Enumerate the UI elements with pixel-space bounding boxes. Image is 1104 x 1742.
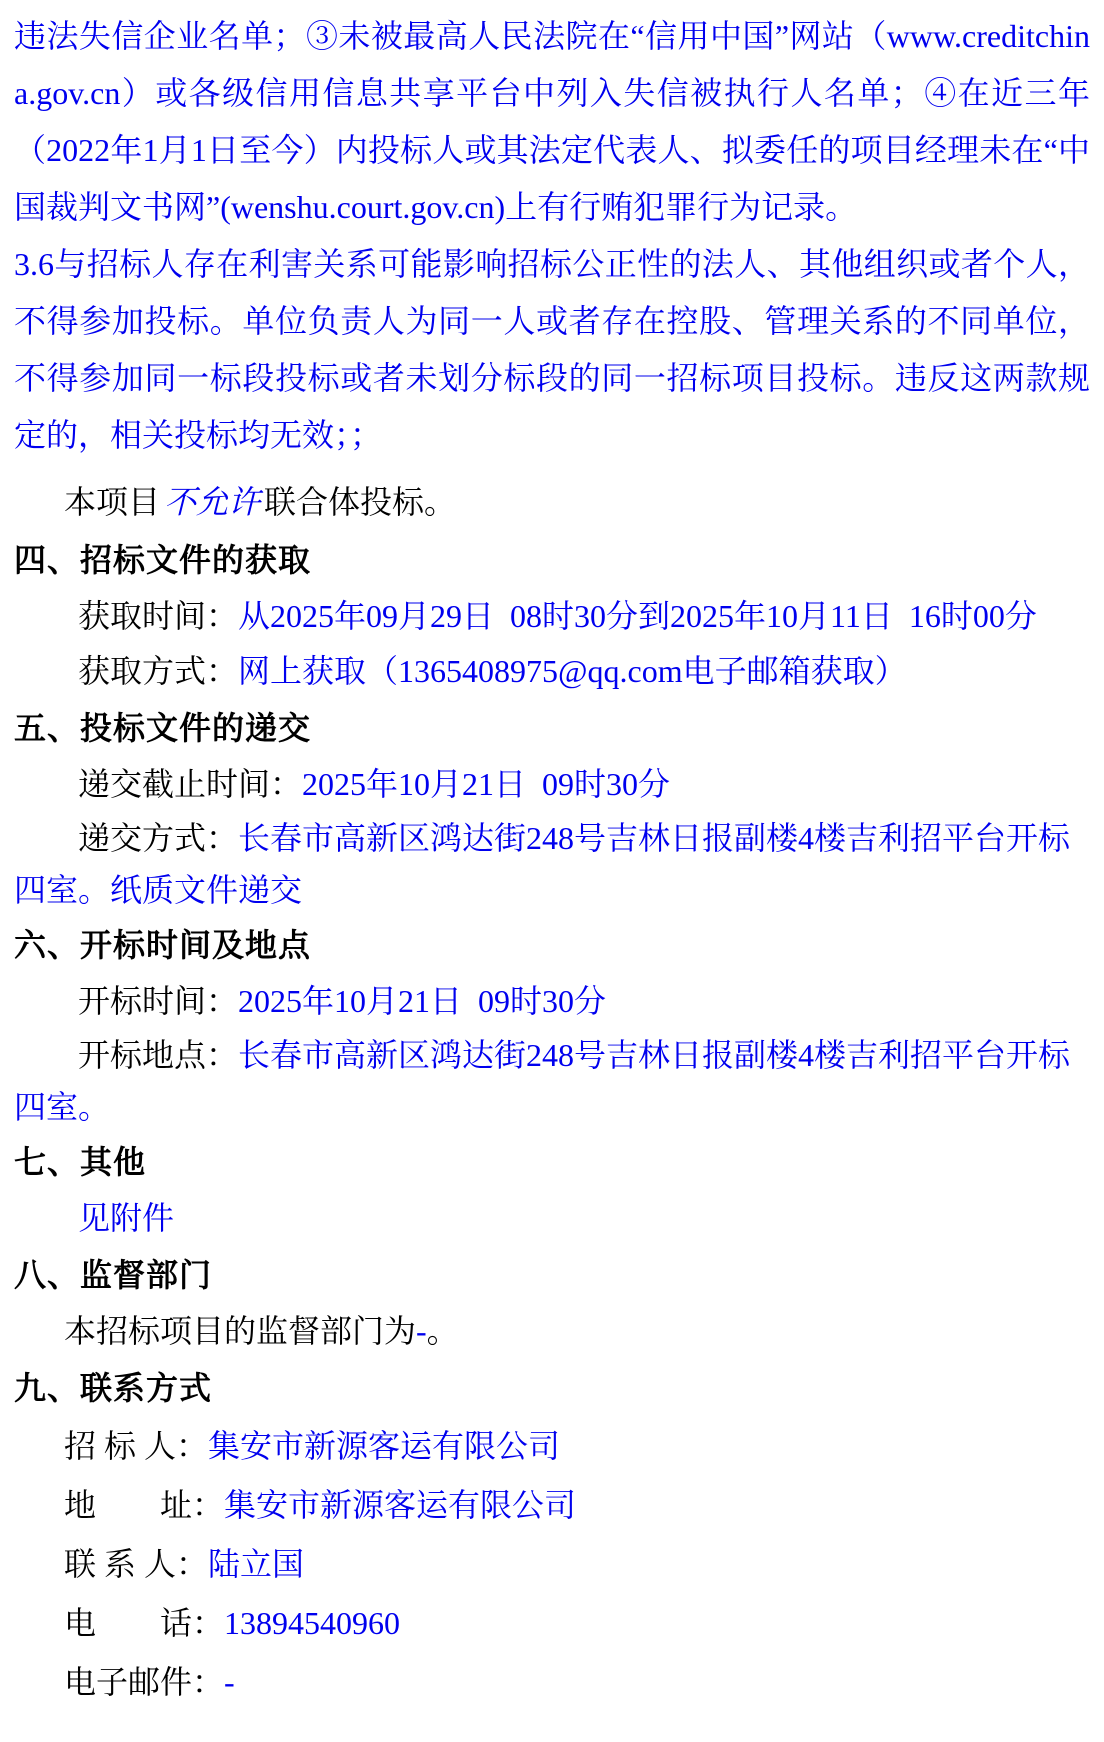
supervision-body-row: 本招标项目的监督部门为-。 (14, 1304, 1090, 1359)
contact-row-address: 地 址：集安市新源客运有限公司 (14, 1476, 1090, 1535)
opening-place-label: 开标地点： (78, 1037, 238, 1073)
section-title-contact: 九、联系方式 (14, 1359, 1090, 1417)
section-title-other: 七、其他 (14, 1133, 1090, 1191)
contact-row-phone: 电 话：13894540960 (14, 1594, 1090, 1653)
opening-place-row: 开标地点：长春市高新区鸿达街248号吉林日报副楼4楼吉利招平台开标四室。 (14, 1029, 1090, 1133)
contact-bidder-value: 集安市新源客运有限公司 (208, 1428, 560, 1464)
section-title-supervision: 八、监督部门 (14, 1246, 1090, 1304)
submit-deadline-value: 2025年10月21日 09时30分 (302, 766, 670, 802)
paragraph-clause-3-6: 3.6与招标人存在利害关系可能影响招标公正性的法人、其他组织或者个人，不得参加投… (14, 236, 1090, 464)
supervision-body-value: - (416, 1313, 427, 1349)
contact-person-value: 陆立国 (208, 1546, 304, 1582)
contact-person-label: 联 系 人： (64, 1546, 208, 1582)
opening-time-label: 开标时间： (78, 983, 238, 1019)
other-attachment-row: 见附件 (14, 1191, 1090, 1246)
contact-bidder-label: 招 标 人： (64, 1428, 208, 1464)
submit-method-row: 递交方式：长春市高新区鸿达街248号吉林日报副楼4楼吉利招平台开标四室。纸质文件… (14, 812, 1090, 916)
consortium-prefix: 本项目 (64, 484, 160, 520)
obtain-method-value: 网上获取（1365408975@qq.com电子邮箱获取） (238, 653, 907, 689)
section-title-bid-submission: 五、投标文件的递交 (14, 699, 1090, 757)
opening-time-row: 开标时间：2025年10月21日 09时30分 (14, 974, 1090, 1029)
consortium-suffix: 联合体投标。 (264, 484, 456, 520)
submit-deadline-row: 递交截止时间：2025年10月21日 09时30分 (14, 757, 1090, 812)
contact-address-label: 地 址： (64, 1487, 224, 1523)
paragraph-consortium-bidding: 本项目不允许联合体投标。 (14, 474, 1090, 531)
submit-method-label: 递交方式： (78, 820, 238, 856)
contact-phone-label: 电 话： (64, 1605, 224, 1641)
section-title-bid-opening: 六、开标时间及地点 (14, 916, 1090, 974)
supervision-body-suffix: 。 (427, 1313, 459, 1349)
obtain-time-row: 获取时间：从2025年09月29日 08时30分到2025年10月11日 16时… (14, 589, 1090, 644)
obtain-method-label: 获取方式： (78, 653, 238, 689)
contact-email-label: 电子邮件： (64, 1664, 224, 1700)
consortium-not-allowed-emphasis: 不允许 (160, 484, 264, 520)
contact-email-value: - (224, 1664, 235, 1700)
obtain-method-row: 获取方式：网上获取（1365408975@qq.com电子邮箱获取） (14, 644, 1090, 699)
obtain-time-label: 获取时间： (78, 598, 238, 634)
opening-time-value: 2025年10月21日 09时30分 (238, 983, 606, 1019)
supervision-body-prefix: 本招标项目的监督部门为 (64, 1313, 416, 1349)
obtain-time-value: 从2025年09月29日 08时30分到2025年10月11日 16时00分 (238, 598, 1037, 634)
contact-row-person: 联 系 人：陆立国 (14, 1535, 1090, 1594)
attachment-link[interactable]: 见附件 (78, 1200, 174, 1236)
section-title-obtain-documents: 四、招标文件的获取 (14, 531, 1090, 589)
paragraph-credit-requirements: 违法失信企业名单；③未被最高人民法院在“信用中国”网站（www.creditch… (14, 8, 1090, 236)
tender-announcement-document: 违法失信企业名单；③未被最高人民法院在“信用中国”网站（www.creditch… (0, 0, 1104, 1742)
contact-address-value: 集安市新源客运有限公司 (224, 1487, 576, 1523)
contact-row-bidder: 招 标 人：集安市新源客运有限公司 (14, 1417, 1090, 1476)
contact-row-email: 电子邮件：- (14, 1653, 1090, 1712)
submit-deadline-label: 递交截止时间： (78, 766, 302, 802)
contact-phone-value: 13894540960 (224, 1605, 400, 1641)
